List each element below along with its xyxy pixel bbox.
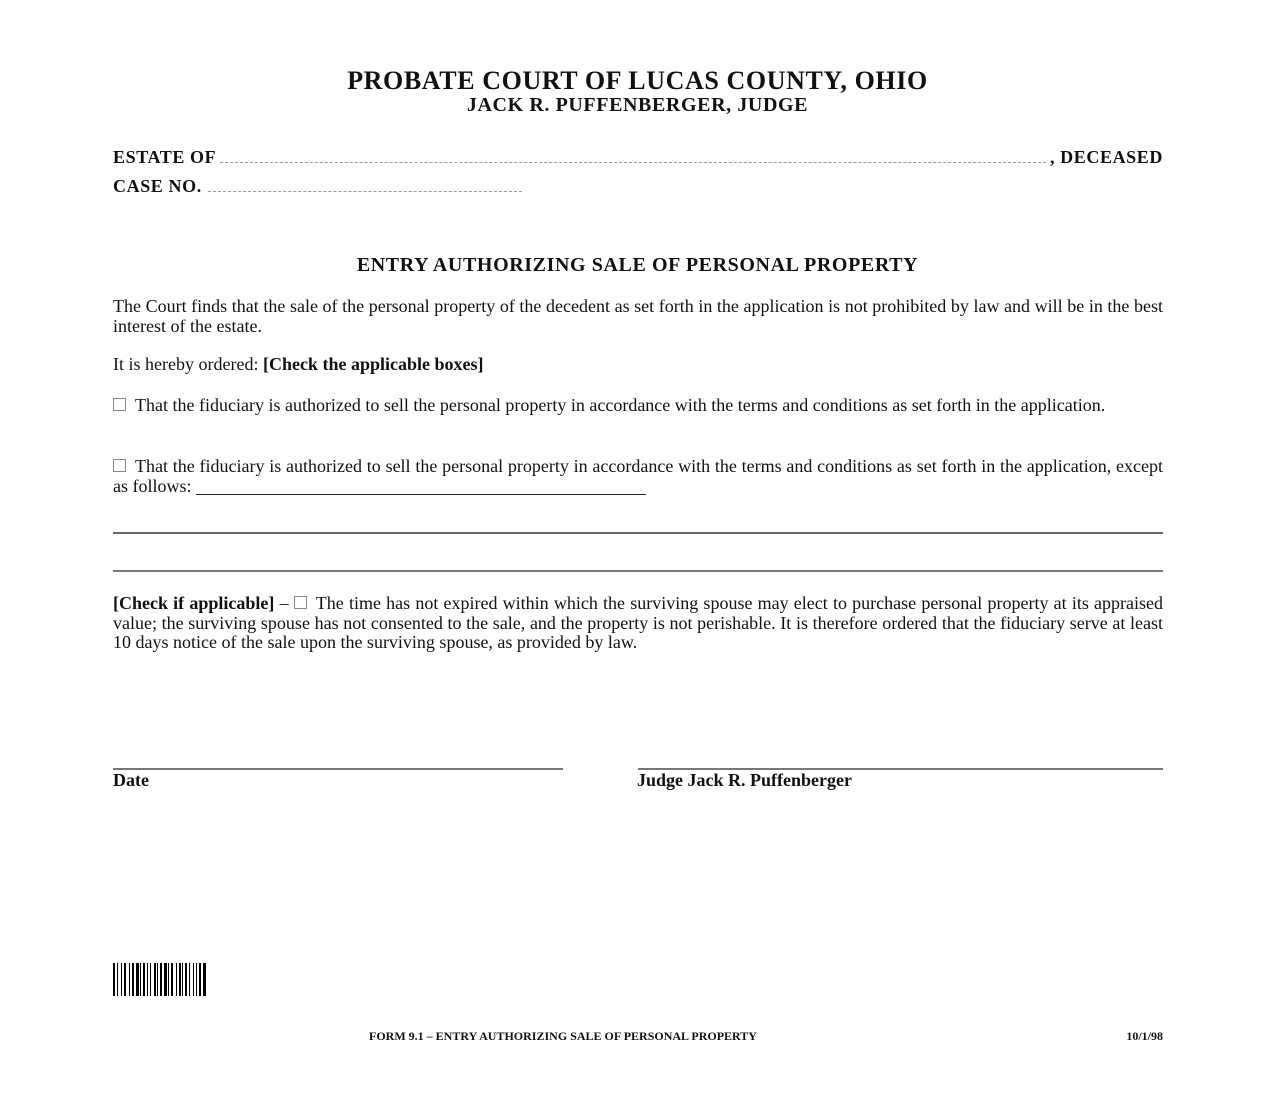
exceptions-line-2[interactable]: [113, 532, 1163, 534]
order-intro: It is hereby ordered: [Check the applica…: [113, 355, 1163, 375]
option-1-checkbox[interactable]: [113, 398, 126, 411]
findings-paragraph: The Court finds that the sale of the per…: [113, 297, 1163, 336]
exceptions-field[interactable]: [196, 480, 646, 495]
option-1-text: That the fiduciary is authorized to sell…: [135, 395, 1105, 415]
document-title: ENTRY AUTHORIZING SALE OF PERSONAL PROPE…: [0, 254, 1275, 277]
deceased-label: , DECEASED: [1050, 147, 1163, 168]
option-authorized-with-exceptions: That the fiduciary is authorized to sell…: [113, 457, 1163, 496]
spouse-checkbox[interactable]: [294, 596, 307, 609]
judge-signature-label: Judge Jack R. Puffenberger: [637, 770, 852, 791]
case-no-label: CASE NO.: [113, 176, 202, 197]
order-instruction: [Check the applicable boxes]: [263, 354, 484, 374]
judge-title: JACK R. PUFFENBERGER, JUDGE: [0, 94, 1275, 117]
estate-name-field[interactable]: [220, 146, 1046, 163]
option-2-checkbox[interactable]: [113, 459, 126, 472]
order-intro-text: It is hereby ordered:: [113, 354, 263, 374]
option-authorized-as-applied: That the fiduciary is authorized to sell…: [113, 396, 1163, 416]
estate-label: ESTATE OF: [113, 147, 216, 168]
exceptions-line-3[interactable]: [113, 570, 1163, 572]
spouse-dash: –: [274, 593, 293, 613]
barcode-icon: [113, 963, 207, 996]
date-label: Date: [113, 770, 149, 791]
footer-form-name: FORM 9.1 – ENTRY AUTHORIZING SALE OF PER…: [369, 1029, 757, 1044]
case-row: CASE NO.: [113, 175, 522, 197]
estate-row: ESTATE OF , DECEASED: [113, 146, 1163, 168]
spouse-instruction: [Check if applicable]: [113, 593, 274, 613]
date-signature-line[interactable]: [113, 768, 563, 770]
spouse-clause: [Check if applicable] – The time has not…: [113, 594, 1163, 653]
court-title: PROBATE COURT OF LUCAS COUNTY, OHIO: [0, 66, 1275, 96]
case-no-field[interactable]: [208, 175, 522, 192]
footer-revision-date: 10/1/98: [1126, 1029, 1163, 1044]
